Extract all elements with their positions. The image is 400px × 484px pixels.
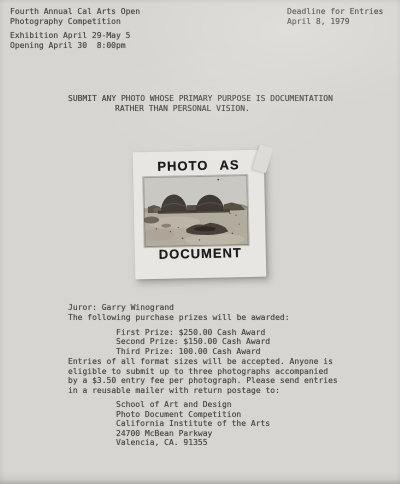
deadline-line2: April 8, 1979 [287, 17, 350, 26]
deadline-line1: Deadline for Entries [287, 7, 383, 16]
address-line1: School of Art and Design [116, 400, 232, 409]
first-prize-line: First Prize: $250.00 Cash Award [116, 328, 265, 337]
statement-line1: SUBMIT ANY PHOTO WHOSE PRIMARY PURPOSE I… [68, 94, 333, 103]
kiln-photo [143, 175, 248, 247]
entry-info-line1: Entries of all format sizes will be acce… [68, 357, 333, 366]
juror-line: Juror: Garry Winogrand [68, 303, 174, 312]
address-line4: 24700 McBean Parkway [116, 429, 212, 438]
document-title: DOCUMENT [135, 245, 266, 263]
entry-info-line3: by a $3.50 entry fee per photograph. Ple… [68, 376, 338, 385]
exhibition-dates-line: Exhibition April 29-May 5 [10, 31, 130, 40]
opening-date-line: Opening April 30 8:00pm [10, 41, 126, 50]
address-line3: California Institute of the Arts [116, 419, 270, 428]
address-line2: Photo Document Competition [116, 410, 241, 419]
photo-card: PHOTO AS [133, 150, 267, 280]
photo-as-title: PHOTO AS [133, 157, 264, 175]
flyer-page: Fourth Annual Cal Arts Open Photography … [0, 0, 400, 484]
address-line5: Valencia, CA. 91355 [116, 438, 208, 447]
second-prize-line: Second Prize: $150.00 Cash Award [116, 337, 270, 346]
prizes-intro-line: The following purchase prizes will be aw… [68, 313, 290, 322]
flyer-title-line1: Fourth Annual Cal Arts Open [10, 7, 140, 16]
statement-line2: RATHER THAN PERSONAL VISION. [115, 104, 250, 113]
third-prize-line: Third Prize: 100.00 Cash Award [116, 347, 261, 356]
flyer-title-line2: Photography Competition [10, 17, 121, 26]
entry-info-line2: eligible to submit up to three photograp… [68, 367, 328, 376]
entry-info-line4: in a reusable mailer with return postage… [68, 386, 280, 395]
